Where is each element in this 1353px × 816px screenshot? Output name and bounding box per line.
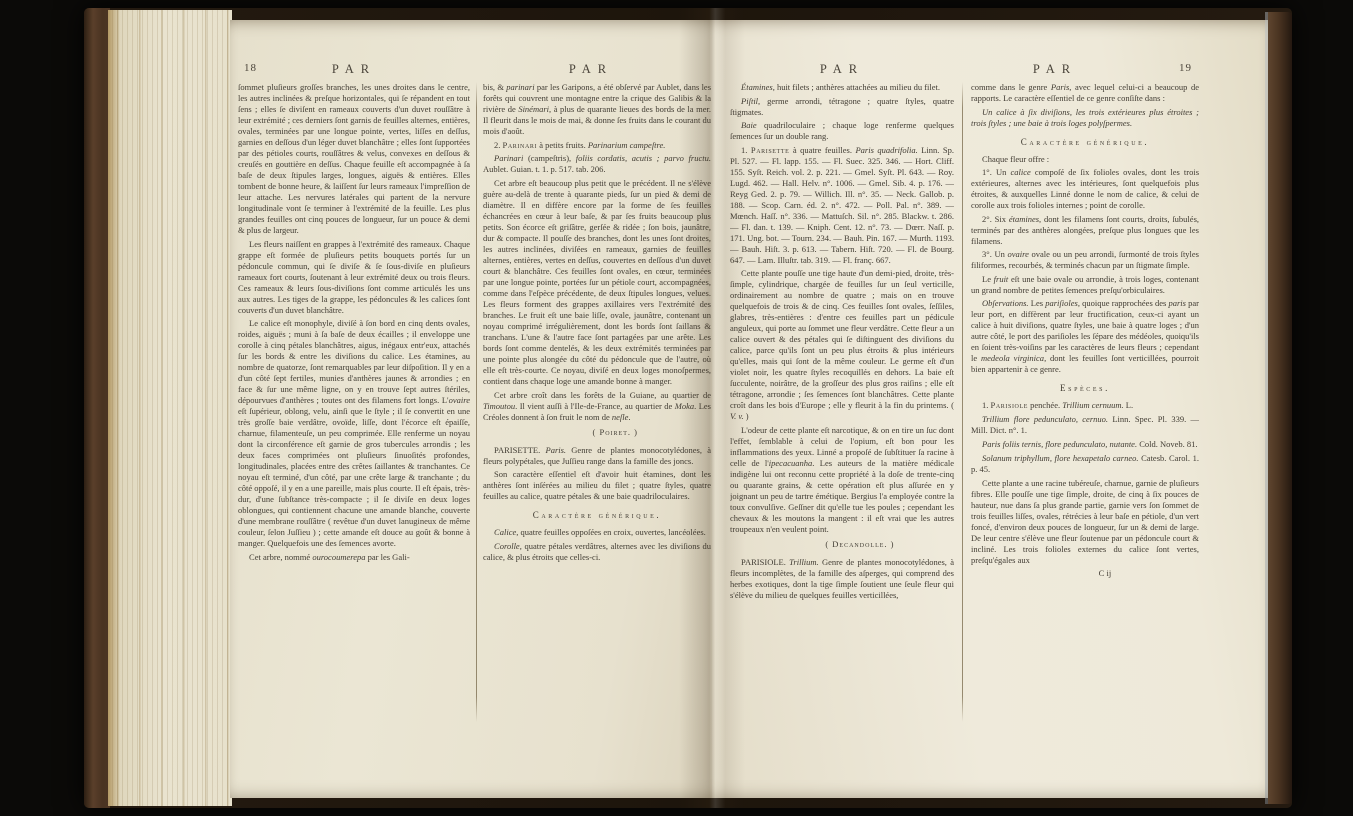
right-page: PAR PAR 19 Étamines, huit filets ; anthè… xyxy=(712,20,1268,798)
paragraph: Caractère générique. xyxy=(483,510,711,521)
paragraph: Paris foliis ternis, flore pedunculato, … xyxy=(971,439,1199,450)
paragraph: Piſtil, germe arrondi, tétragone ; quatr… xyxy=(730,96,954,118)
paragraph: Son caractère eſſentiel eſt d'avoir huit… xyxy=(483,469,711,502)
paragraph: Obſervations. Les pariſioles, quoique ra… xyxy=(971,298,1199,375)
paragraph: bis, & parinari par les Garipons, a été … xyxy=(483,82,711,137)
paragraph: Étamines, huit filets ; anthères attaché… xyxy=(730,82,954,93)
paragraph: 1. Parisiole penchée. Trillium cernuum. … xyxy=(971,400,1199,411)
paragraph: Espèces. xyxy=(971,383,1199,394)
paragraph: Cette plante a une racine tubéreuſe, cha… xyxy=(971,478,1199,566)
paragraph: L'odeur de cette plante eſt narcotique, … xyxy=(730,425,954,535)
paragraph: Cet arbre eſt beaucoup plus petit que le… xyxy=(483,178,711,387)
left-page: 18 PAR PAR ſommet pluſieurs groſſes bran… xyxy=(230,20,712,798)
photo-background: 18 PAR PAR ſommet pluſieurs groſſes bran… xyxy=(0,0,1353,816)
left-page-column-2: bis, & parinari par les Garipons, a été … xyxy=(483,82,711,722)
paragraph: 1°. Un calice compoſé de ſix folioles ov… xyxy=(971,167,1199,211)
paragraph: Caractère générique. xyxy=(971,137,1199,148)
running-title: PAR xyxy=(730,62,954,77)
paragraph: 3°. Un ovaire ovale ou un peu arrondi, ſ… xyxy=(971,249,1199,271)
paragraph: ſommet pluſieurs groſſes branches, les u… xyxy=(238,82,470,236)
open-book: 18 PAR PAR ſommet pluſieurs groſſes bran… xyxy=(84,8,1292,808)
paragraph: C ij xyxy=(971,568,1199,579)
paragraph: Corolle, quatre pétales verdâtres, alter… xyxy=(483,541,711,563)
paragraph: ( Decandolle. ) xyxy=(730,539,954,550)
column-rule xyxy=(962,82,963,722)
paragraph: ( Poiret. ) xyxy=(483,427,711,438)
running-title: PAR xyxy=(477,62,705,77)
left-page-header: 18 PAR PAR xyxy=(230,62,712,78)
right-page-column-1: Étamines, huit filets ; anthères attaché… xyxy=(730,82,954,722)
paragraph: Chaque fleur offre : xyxy=(971,154,1199,165)
paragraph: Les fleurs naiſſent en grappes à l'extré… xyxy=(238,239,470,316)
paragraph: 2. Parinari à petits fruits. Parinarium … xyxy=(483,140,711,151)
right-page-text-area: Étamines, huit filets ; anthères attaché… xyxy=(712,82,1268,722)
paragraph: Le calice eſt monophyle, diviſé à ſon bo… xyxy=(238,318,470,549)
left-page-text-area: ſommet pluſieurs groſſes branches, les u… xyxy=(230,82,712,722)
paragraph: comme dans le genre Paris, avec lequel c… xyxy=(971,82,1199,104)
running-title: PAR xyxy=(238,62,470,77)
column-rule xyxy=(476,82,477,722)
paragraph: Baie quadriloculaire ; chaque loge renfe… xyxy=(730,120,954,142)
paragraph: Cette plante pouſſe une tige haute d'un … xyxy=(730,268,954,422)
page-number: 19 xyxy=(1179,62,1192,74)
book-cover-right-edge xyxy=(1268,12,1292,804)
paragraph: Un calice à ſix diviſions, les trois ext… xyxy=(971,107,1199,129)
paragraph: Cet arbre croît dans les forêts de la Gu… xyxy=(483,390,711,423)
running-title: PAR xyxy=(941,62,1169,77)
left-page-column-1: ſommet pluſieurs groſſes branches, les u… xyxy=(238,82,470,722)
paragraph: 1. Parisette à quatre feuilles. Paris qu… xyxy=(730,145,954,266)
paragraph: Trillium flore pedunculato, cernuo. Linn… xyxy=(971,414,1199,436)
paragraph: Solanum triphyllum, flore hexapetalo car… xyxy=(971,453,1199,475)
paragraph: PARISIOLE. Trillium. Genre de plantes mo… xyxy=(730,557,954,601)
paragraph: Le fruit eſt une baie ovale ou arrondie,… xyxy=(971,274,1199,296)
paragraph: Cet arbre, nommé ourocoumerepa par les G… xyxy=(238,552,470,563)
right-page-header: PAR PAR 19 xyxy=(712,62,1268,78)
right-page-column-2: comme dans le genre Paris, avec lequel c… xyxy=(971,82,1199,722)
paragraph: PARISETTE. Paris. Genre de plantes monoc… xyxy=(483,445,711,467)
paragraph: Calice, quatre feuilles oppoſées en croi… xyxy=(483,527,711,538)
paragraph: Parinari (campeſtris), foliis cordatis, … xyxy=(483,153,711,175)
page-stack-edges xyxy=(108,10,232,806)
book-cover-left-edge xyxy=(84,8,110,808)
paragraph: 2°. Six étamines, dont les filamens ſont… xyxy=(971,214,1199,247)
